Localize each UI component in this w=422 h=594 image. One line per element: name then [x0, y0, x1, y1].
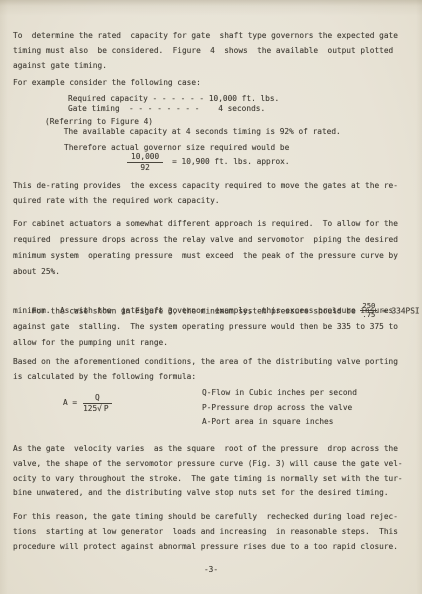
paragraph-gate-velocity: As the gate velocity varies as the squar… [13, 442, 403, 501]
radicand: P [102, 403, 112, 413]
paragraph-figure3-rest: minimum. As with the gateshaft governor … [13, 303, 398, 350]
paragraph-load-rejection: For this reason, the gate timing should … [13, 510, 398, 554]
fraction-denominator: 92 [127, 163, 163, 173]
referring-figure-note: (Referring to Figure 4) The available ca… [45, 117, 341, 136]
paragraph-example-intro: For example consider the following case: [13, 76, 201, 91]
paragraph-valve-porting: Based on the aforementioned conditions, … [13, 355, 398, 385]
document-page: To determine the rated capacity for gate… [0, 0, 422, 594]
equation-fraction: 10,000 92 [127, 152, 163, 173]
radical-prefix: 125√ [83, 404, 102, 413]
page-number: -3- [0, 563, 422, 578]
paragraph-rated-capacity: To determine the rated capacity for gate… [13, 28, 398, 73]
governor-size-equation: 10,000 92 = 10,900 ft. lbs. approx. [127, 152, 290, 173]
case-requirements-list: Required capacity - - - - - - 10,000 ft.… [68, 94, 279, 114]
paragraph-derating: This de-rating provides the excess capac… [13, 179, 398, 208]
equation-result: = 10,900 ft. lbs. approx. [172, 155, 289, 170]
formula-lhs: A = [63, 396, 77, 411]
formula-fraction: Q 125√P [83, 393, 111, 414]
port-area-formula: A = Q 125√P [63, 393, 112, 414]
formula-legend: Q-Flow in Cubic inches per second P-Pres… [202, 386, 357, 430]
formula-denominator: 125√P [83, 404, 111, 414]
fraction-numerator: 10,000 [127, 152, 163, 163]
paragraph-cabinet-actuators: For cabinet actuators a somewhat differe… [13, 216, 398, 280]
